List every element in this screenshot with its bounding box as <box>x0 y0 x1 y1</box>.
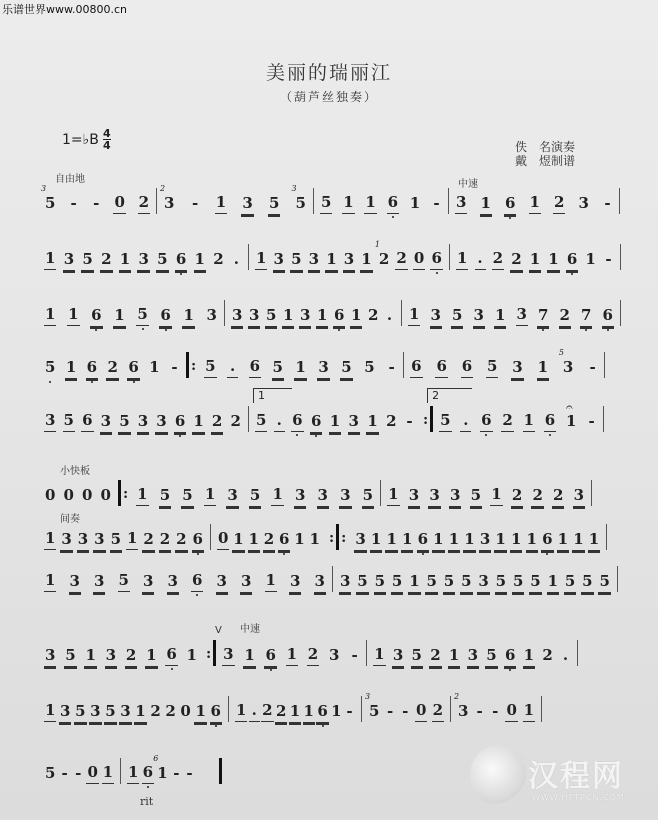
score-row-3: 1 1 6 1 5 6 1 3 3 3 5 1 3 1 6 1 2 . 1 3 … <box>38 300 628 326</box>
measure: 0 0 0 0 <box>38 480 118 506</box>
song-subtitle: （葫芦丝独奏） <box>0 88 658 105</box>
score-row-1: 35 - - 0 2 23 - 1 3 5 35 5 1 1 6 1 - 3 1 <box>38 188 628 214</box>
measure: 35 - - 0 2 <box>362 696 450 722</box>
measure: 5 1 1 6 1 - <box>314 188 448 214</box>
score-row-8: 1 3 3 5 3 3 6 3 3 1 3 3 3 5 5 5 1 5 5 5 … <box>38 566 628 592</box>
measure: 1 1 6 1 5 6 1 3 <box>38 300 224 326</box>
interlude-label: 间奏 <box>60 510 80 525</box>
score-row-5: 3 5 6 3 5 3 3 6 1 2 2 1 5 . 6 6 1 3 1 2 … <box>38 406 628 432</box>
measure: 1 3 3 5 3 3 6 3 3 1 3 3 <box>38 566 332 592</box>
measure: 1 3 5 2 1 3 5 6 1 2 . <box>367 640 577 666</box>
measure: 23 - 1 3 5 35 <box>157 188 313 214</box>
measure: 1 3 5 2 1 3 5 6 1 2 . <box>38 244 248 270</box>
measure: 1 3 5 3 5 3 1 2 2 0 1 6 <box>38 696 228 722</box>
score-row-2: 1 3 5 2 1 3 5 6 1 2 . 1 3 5 3 1 3 1 12 2… <box>38 244 628 270</box>
measure: 3 5 1 3 2 1 6 1 <box>38 640 204 666</box>
measure: 0 1 1 2 6 1 1 <box>211 524 327 550</box>
measure: 35 - - 0 2 <box>38 188 156 214</box>
barline <box>541 696 542 722</box>
measure: 1 3 5 3 1 3 7 2 7 6 <box>402 300 620 326</box>
score-row-4: 5 1 6 2 6 1 - : 5 . 6 5 1 3 5 5 - 6 6 6 … <box>38 352 628 378</box>
measure: 1 . 2 2 1 1 6 1 - <box>229 696 361 722</box>
barline <box>604 352 605 378</box>
credits: 佚 名演奏 戴 煜制谱 <box>515 140 575 168</box>
measure: 2 5 . 6 2 1 6 𝄐1 - <box>433 406 603 432</box>
measure: 3 5 5 5 1 5 5 5 3 5 5 5 1 5 5 5 <box>333 566 617 592</box>
barline <box>577 640 578 666</box>
key-signature: 1=♭B 4 4 <box>62 128 111 151</box>
measure: 3 1 6 1 2 3 - <box>216 640 366 666</box>
breath-mark: V <box>215 625 222 636</box>
measure: 1 3 3 3 5 1 2 2 2 6 <box>38 524 210 550</box>
barline <box>591 480 592 506</box>
score-row-7: 1 3 3 3 5 1 2 2 2 6 0 1 1 2 6 1 1 : : 3 … <box>38 524 628 550</box>
score-row-6: 0 0 0 0 : 1 5 5 1 3 5 1 3 3 3 5 1 3 3 3 … <box>38 480 628 506</box>
measure: 1 3 3 3 5 1 2 2 2 3 <box>381 480 591 506</box>
measure: 3 5 6 3 5 3 3 6 1 2 2 <box>38 406 248 432</box>
transcriber-credit: 戴 煜制谱 <box>515 154 575 168</box>
watermark-brand: 汉程网 <box>528 751 624 795</box>
dolphin-logo-icon <box>470 745 526 805</box>
measure: 1 3 5 3 1 3 1 12 2 0 6 <box>249 244 449 270</box>
barline <box>620 244 621 270</box>
volta-1: 1 <box>253 388 292 403</box>
measure: 1 6 61 - - <box>121 758 201 784</box>
tempo-moderate-2: 中速 <box>240 620 260 635</box>
site-watermark-text: 乐谱世界www.00800.cn <box>2 1 127 17</box>
ritardando-mark: rit <box>140 795 153 808</box>
fermata-icon: 𝄐 <box>566 399 573 415</box>
final-barline <box>219 758 222 784</box>
song-title: 美丽的瑞丽江 <box>0 58 658 85</box>
score-row-9: 3 5 1 3 2 1 6 1 : 3 1 6 1 2 3 - 1 3 5 2 … <box>38 640 628 666</box>
measure: 3 1 1 1 6 1 1 1 3 1 1 1 6 1 1 1 <box>348 524 606 550</box>
score-page: 乐谱世界www.00800.cn 美丽的瑞丽江 （葫芦丝独奏） 1=♭B 4 4… <box>0 0 658 820</box>
measure: 1 5 5 1 3 5 1 3 3 3 5 <box>130 480 380 506</box>
tempo-fast: 小快板 <box>60 462 90 477</box>
barline <box>617 566 618 592</box>
measure: 1 5 . 6 6 1 3 1 2 - <box>249 406 421 432</box>
performer-credit: 佚 名演奏 <box>515 140 575 154</box>
measure: 5 . 6 5 1 3 5 5 - <box>198 352 403 378</box>
measure: 5 1 6 2 6 1 - <box>38 352 186 378</box>
measure: 3 1 6 1 2 3 - <box>449 188 619 214</box>
key-label: 1=♭B <box>62 132 99 148</box>
tempo-free: 自由地 <box>55 170 85 185</box>
watermark-url: WWW.HTTPCN.COM <box>532 793 625 802</box>
volta-2: 2 <box>427 388 472 403</box>
barline <box>606 524 607 550</box>
measure: 5 - - 0 1 <box>38 758 120 784</box>
score-row-10: 1 3 5 3 5 3 1 2 2 0 1 6 1 . 2 2 1 1 6 1 … <box>38 696 628 722</box>
time-signature: 4 4 <box>103 128 111 151</box>
measure: 1 . 2 2 1 1 6 1 - <box>450 244 620 270</box>
measure: 6 6 6 5 3 1 53 - <box>404 352 604 378</box>
barline <box>603 406 604 432</box>
barline <box>619 188 620 214</box>
barline <box>620 300 621 326</box>
measure: 3 3 5 1 3 1 6 1 2 . <box>225 300 401 326</box>
measure: 23 - - 0 1 <box>451 696 541 722</box>
site-watermark: 汉程网 WWW.HTTPCN.COM <box>470 745 650 817</box>
